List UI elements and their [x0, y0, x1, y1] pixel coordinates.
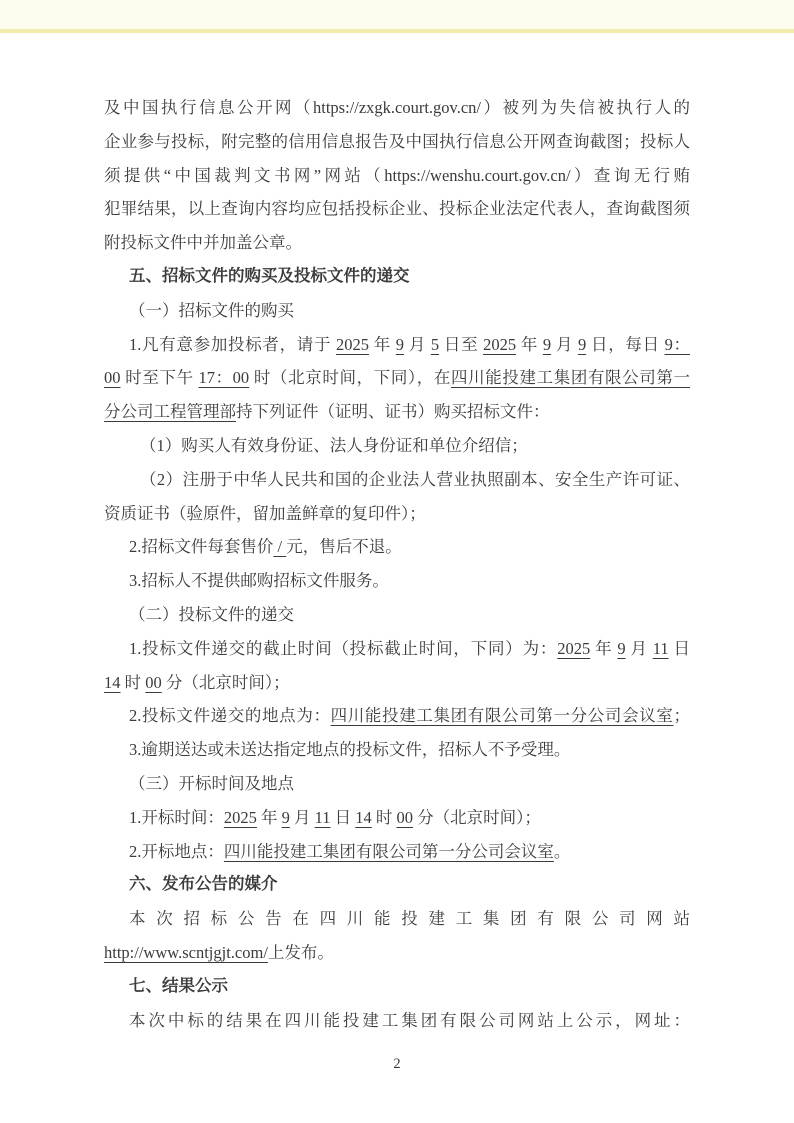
para-submission-place: 2.投标文件递交的地点为：四川能投建工集团有限公司第一分公司会议室；	[104, 699, 690, 733]
para-integrity-query-line: 附投标文件中并加盖公章。	[104, 226, 690, 260]
para-purchase-time-line: 1.凡有意参加投标者，请于 2025 年 9 月 5 日至 2025 年 9 月…	[104, 328, 690, 362]
subheading-bid-opening: （三）开标时间及地点	[104, 767, 690, 801]
para-submission-deadline-line: 1.投标文件递交的截止时间（投标截止时间，下同）为：2025 年 9 月 11 …	[104, 632, 690, 666]
para-late-delivery: 3.逾期送达或未送达指定地点的投标文件，招标人不予受理。	[104, 733, 690, 767]
para-result-publicity: 本次中标的结果在四川能投建工集团有限公司网站上公示，网址：	[104, 1004, 690, 1038]
heading-section-six: 六、发布公告的媒介	[104, 868, 690, 902]
document-page: 及中国执行信息公开网（https://zxgk.court.gov.cn/）被列…	[0, 0, 794, 1123]
para-purchase-time-line: 00 时至下午 17：00 时（北京时间，下同），在四川能投建工集团有限公司第一	[104, 361, 690, 395]
para-integrity-query-line: 须提供“中国裁判文书网”网站（https://wenshu.court.gov.…	[104, 159, 690, 193]
scan-top-stripe	[0, 29, 794, 33]
para-submission-deadline-line: 14 时 00 分（北京时间）；	[104, 666, 690, 700]
heading-section-five: 五、招标文件的购买及投标文件的递交	[104, 260, 690, 294]
scan-top-band	[0, 0, 794, 29]
heading-section-seven: 七、结果公示	[104, 970, 690, 1004]
item-id-documents: （1）购买人有效身份证、法人身份证和单位介绍信；	[104, 429, 690, 463]
para-integrity-query-line: 及中国执行信息公开网（https://zxgk.court.gov.cn/）被列…	[104, 91, 690, 125]
page-number: 2	[0, 1056, 794, 1073]
subheading-document-purchase: （一）招标文件的购买	[104, 294, 690, 328]
para-announcement-media-line: 本次招标公告在四川能投建工集团有限公司网站	[104, 902, 690, 936]
item-business-license-line: 资质证书（验原件，留加盖鲜章的复印件）；	[104, 497, 690, 531]
para-integrity-query-line: 企业参与投标，附完整的信用信息报告及中国执行信息公开网查询截图；投标人	[104, 125, 690, 159]
item-document-price: 2.招标文件每套售价 / 元，售后不退。	[104, 530, 690, 564]
item-no-mail-order: 3.招标人不提供邮购招标文件服务。	[104, 564, 690, 598]
para-announcement-media-line: http://www.scntjgjt.com/上发布。	[104, 936, 690, 970]
para-opening-time: 1.开标时间：2025 年 9 月 11 日 14 时 00 分（北京时间）；	[104, 801, 690, 835]
para-opening-place: 2.开标地点：四川能投建工集团有限公司第一分公司会议室。	[104, 835, 690, 869]
subheading-bid-submission: （二）投标文件的递交	[104, 598, 690, 632]
document-body: 及中国执行信息公开网（https://zxgk.court.gov.cn/）被列…	[104, 91, 690, 1037]
item-business-license-line: （2）注册于中华人民共和国的企业法人营业执照副本、安全生产许可证、	[104, 463, 690, 497]
para-integrity-query-line: 犯罪结果，以上查询内容均应包括投标企业、投标企业法定代表人，查询截图须	[104, 192, 690, 226]
para-purchase-time-line: 分公司工程管理部持下列证件（证明、证书）购买招标文件：	[104, 395, 690, 429]
